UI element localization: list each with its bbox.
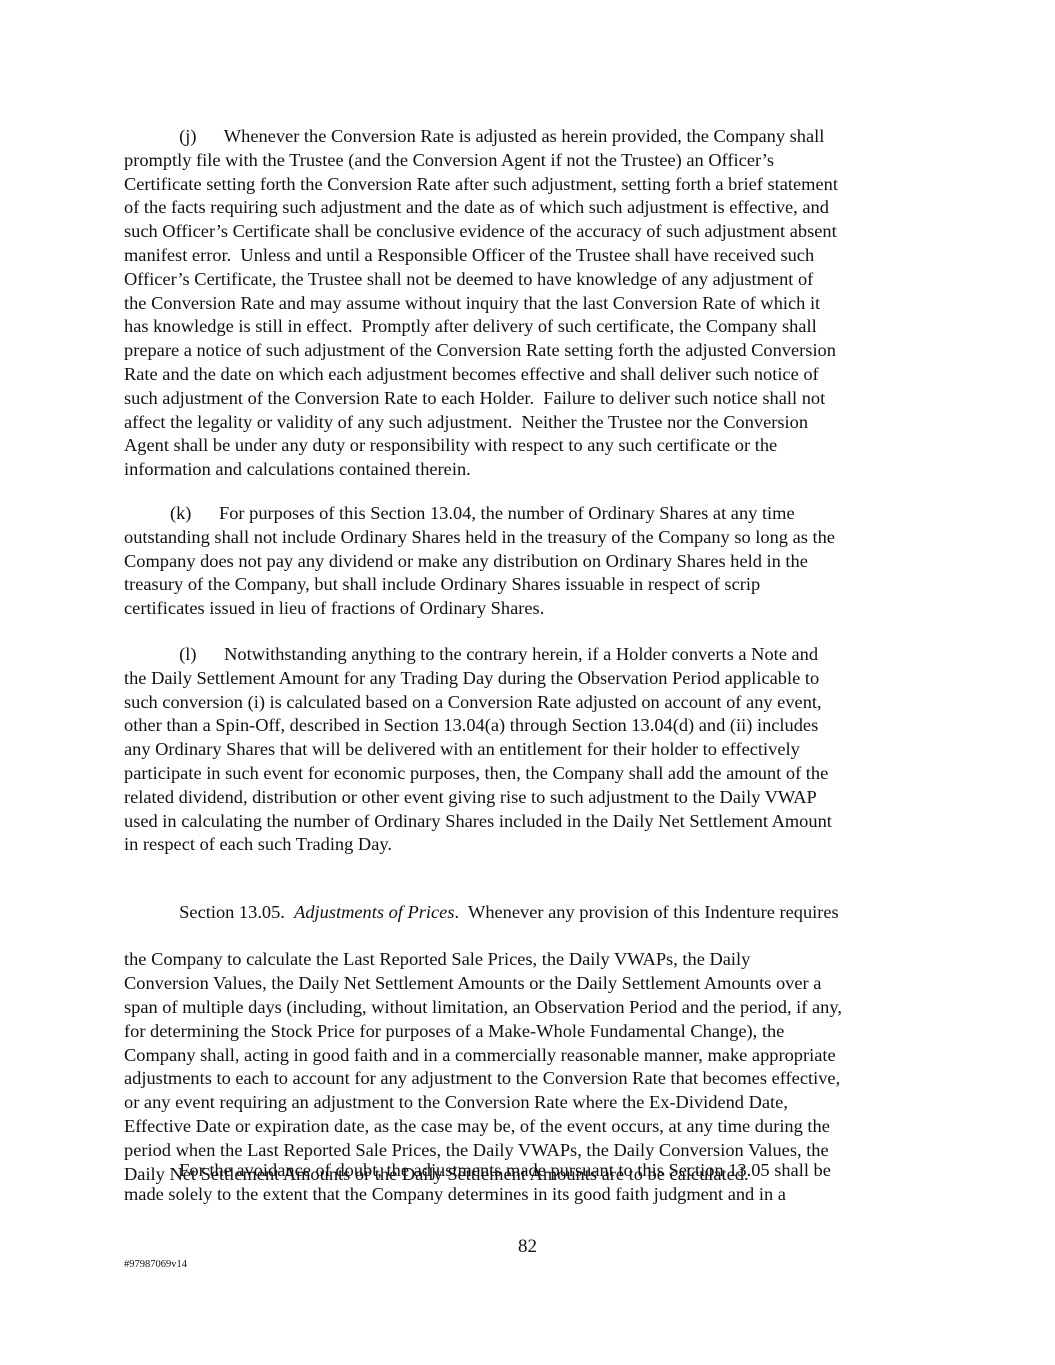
page-number: 82 [0, 1236, 1055, 1258]
text-line: prepare a notice of such adjustment of t… [124, 339, 944, 363]
text-line: made solely to the extent that the Compa… [124, 1183, 944, 1207]
section-number: Section 13.05. [124, 902, 294, 922]
text-line: such Officer’s Certificate shall be conc… [124, 220, 944, 244]
text-line: (k) For purposes of this Section 13.04, … [124, 502, 944, 526]
text-line: (l) Notwithstanding anything to the cont… [124, 643, 944, 667]
paragraph-j: (j) Whenever the Conversion Rate is adju… [124, 125, 944, 482]
text-line: affect the legality or validity of any s… [124, 411, 944, 435]
section-body: the Company to calculate the Last Report… [124, 948, 944, 1186]
paragraph-avoidance: For the avoidance of doubt, the adjustme… [124, 1159, 944, 1207]
text-line: outstanding shall not include Ordinary S… [124, 526, 944, 550]
text-line: the Company to calculate the Last Report… [124, 948, 944, 972]
text-line: promptly file with the Trustee (and the … [124, 149, 944, 173]
text-line: span of multiple days (including, withou… [124, 996, 944, 1020]
text-line: Agent shall be under any duty or respons… [124, 434, 944, 458]
text-line: participate in such event for economic p… [124, 762, 944, 786]
text-line: (j) Whenever the Conversion Rate is adju… [124, 125, 944, 149]
text-line: such adjustment of the Conversion Rate t… [124, 387, 944, 411]
text-line: Certificate setting forth the Conversion… [124, 173, 944, 197]
text-line: the Daily Settlement Amount for any Trad… [124, 667, 944, 691]
text-line: manifest error. Unless and until a Respo… [124, 244, 944, 268]
text-line: Officer’s Certificate, the Trustee shall… [124, 268, 944, 292]
text-line: related dividend, distribution or other … [124, 786, 944, 810]
text-line: used in calculating the number of Ordina… [124, 810, 944, 834]
text-line: For the avoidance of doubt, the adjustme… [124, 1159, 944, 1183]
text-line: Effective Date or expiration date, as th… [124, 1115, 944, 1139]
section-heading-suffix: . Whenever any provision of this Indentu… [455, 902, 839, 922]
text-line: other than a Spin-Off, described in Sect… [124, 714, 944, 738]
section-heading-line: Section 13.05. Adjustments of Prices. Wh… [124, 901, 944, 925]
document-id: #97987069v14 [124, 1259, 187, 1270]
text-line: the Conversion Rate and may assume witho… [124, 292, 944, 316]
text-line: any Ordinary Shares that will be deliver… [124, 738, 944, 762]
text-line: treasury of the Company, but shall inclu… [124, 573, 944, 597]
text-line: certificates issued in lieu of fractions… [124, 597, 944, 621]
text-line: has knowledge is still in effect. Prompt… [124, 315, 944, 339]
text-line: information and calculations contained t… [124, 458, 944, 482]
text-line: Company does not pay any dividend or mak… [124, 550, 944, 574]
document-page: (j) Whenever the Conversion Rate is adju… [0, 0, 1055, 1365]
text-line: for determining the Stock Price for purp… [124, 1020, 944, 1044]
text-line: Rate and the date on which each adjustme… [124, 363, 944, 387]
text-line: Conversion Values, the Daily Net Settlem… [124, 972, 944, 996]
text-line: of the facts requiring such adjustment a… [124, 196, 944, 220]
text-line: in respect of each such Trading Day. [124, 833, 944, 857]
text-line: such conversion (i) is calculated based … [124, 691, 944, 715]
text-line: adjustments to each to account for any a… [124, 1067, 944, 1091]
text-line: Company shall, acting in good faith and … [124, 1044, 944, 1068]
paragraph-k: (k) For purposes of this Section 13.04, … [124, 502, 944, 621]
text-line: or any event requiring an adjustment to … [124, 1091, 944, 1115]
section-title: Adjustments of Prices [294, 902, 454, 922]
paragraph-l: (l) Notwithstanding anything to the cont… [124, 643, 944, 857]
